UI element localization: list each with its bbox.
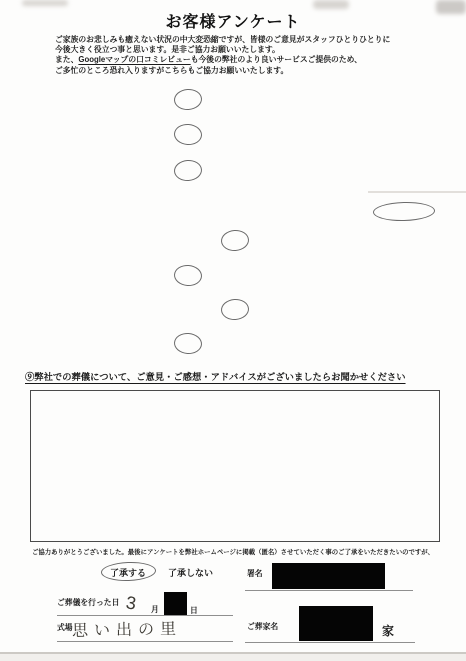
consent-decline-option: 了承しない bbox=[168, 566, 213, 579]
publish-consent-note: ご協力ありがとうございました。最後にアンケートを弊社ホームページに掲載（匿名）さ… bbox=[0, 547, 466, 556]
selected-answer-circle bbox=[220, 229, 249, 252]
google-map-review-link-text: Googleマップの口コミレビュー bbox=[78, 55, 190, 64]
family-name-label: ご葬家名 bbox=[247, 621, 278, 632]
intro-line-1: ご家族のお悲しみも癒えない状況の中大変恐縮ですが、皆様のご意見がスタッフひとりひ… bbox=[55, 35, 390, 45]
scan-artifact bbox=[313, 0, 349, 9]
intro-line-4: ご多忙のところ恐れ入りますがこちらもご協力お願いいたします。 bbox=[55, 66, 390, 76]
venue-label: 式場 bbox=[57, 622, 73, 633]
selected-answer-circle bbox=[173, 88, 202, 111]
intro-line-2: 今後大きく役立つ事と思います。是非ご協力お願いいたします。 bbox=[55, 45, 390, 55]
funeral-day-redaction bbox=[164, 592, 187, 615]
consent-accept-circle-mark bbox=[101, 561, 157, 582]
selected-answer-circle bbox=[173, 123, 202, 146]
intro-line-3-suffix: も今後の弊社のより良いサービスご提供のため、 bbox=[191, 55, 362, 64]
selected-answer-circle bbox=[373, 201, 435, 222]
survey-section bbox=[0, 92, 466, 360]
funeral-month-handwritten: 3 bbox=[125, 592, 138, 614]
selected-answer-circle bbox=[220, 298, 249, 321]
comments-box bbox=[30, 390, 440, 542]
scan-artifact bbox=[22, 0, 68, 6]
family-suffix: 家 bbox=[382, 622, 394, 639]
intro-text: ご家族のお悲しみも癒えない状況の中大変恐縮ですが、皆様のご意見がスタッフひとりひ… bbox=[55, 35, 390, 76]
selected-answer-circle bbox=[173, 159, 202, 182]
venue-line bbox=[57, 641, 233, 642]
comments-heading: ⑨弊社での葬儀について、ご意見・ご感想・アドバイスがございましたらお聞かせくださ… bbox=[25, 369, 406, 383]
intro-line-3-prefix: また、 bbox=[55, 55, 78, 64]
signature-redaction bbox=[272, 563, 385, 589]
month-suffix: 月 bbox=[151, 604, 159, 615]
selected-answer-circle bbox=[173, 332, 202, 355]
family-name-redaction bbox=[299, 606, 373, 641]
family-name-line bbox=[245, 642, 415, 643]
signature-label: 署名 bbox=[247, 568, 263, 579]
intro-line-3: また、Googleマップの口コミレビューも今後の弊社のより良いサービスご提供のた… bbox=[55, 55, 390, 65]
page-bottom-edge bbox=[0, 652, 466, 661]
funeral-date-label: ご葬儀を行った日 bbox=[57, 597, 119, 608]
selected-answer-circle bbox=[173, 264, 202, 287]
venue-handwritten: 思い出の里 bbox=[72, 616, 182, 641]
page-title: お客様アンケート bbox=[0, 9, 466, 32]
signature-line bbox=[245, 590, 413, 591]
scanned-questionnaire-page: お客様アンケート ご家族のお悲しみも癒えない状況の中大変恐縮ですが、皆様のご意見… bbox=[0, 0, 466, 661]
